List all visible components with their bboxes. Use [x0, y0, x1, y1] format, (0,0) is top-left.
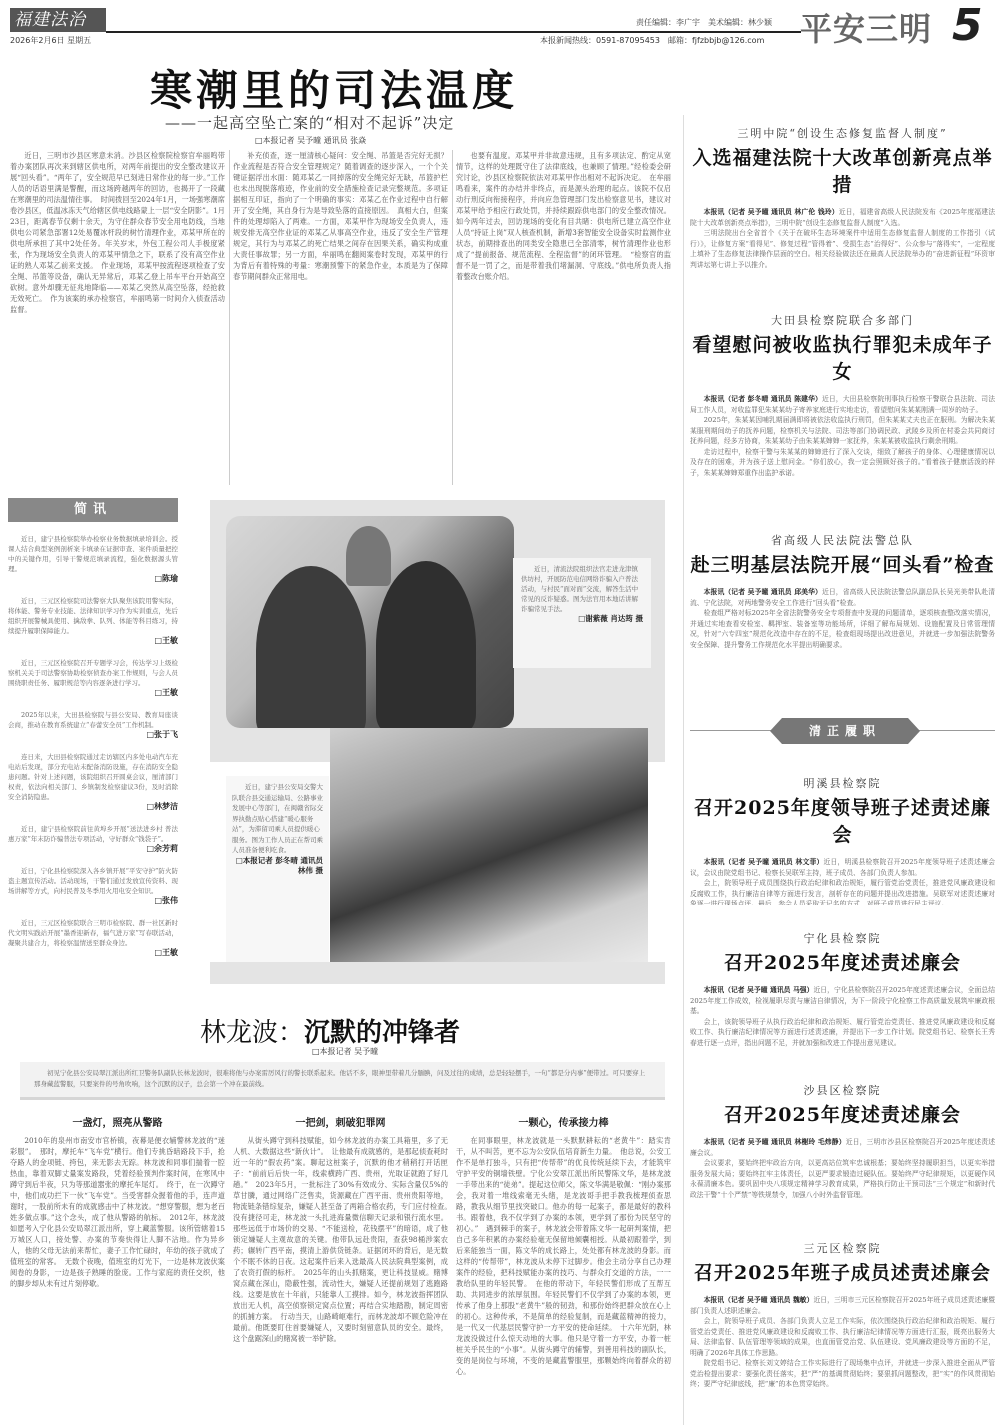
article-body: 本报讯（记者 吴予曈 通讯员 马强）近日，宁化县检察院召开2025年度述责述廉会…: [690, 985, 995, 1048]
lead-column-2: 补充侦查，逐一厘清核心疑问：安全绳、吊篮是否完好无损？作业流程是否符合安全管理规…: [233, 150, 448, 490]
article-kicker: 明溪县检察院: [690, 775, 995, 791]
photo1-credit: □谢紫薇 肖达筠 摄: [521, 614, 643, 624]
contact-info: 本报新闻热线：0591-87095453 邮箱：fjfzbbjb@126.com: [540, 35, 764, 46]
brief-item: 近日，建宁县检察院举办检察业务数据填录培训会。授课人结合典型案例剖析案卡填录在证…: [8, 534, 178, 584]
page-number: 5: [952, 0, 983, 51]
article-court-police: 省高级人民法院法警总队 赴三明基层法院开展“回头看”检查 本报讯（记者 吴予曈 …: [690, 532, 995, 702]
brief-item: 连日来，大田县检察院通过走访辖区内多处电动汽车充电站后发现，部分充电站未配备消防…: [8, 752, 178, 812]
feature-lede: 初见宁化县公安局翠江派出所红卫警务队副队长林龙波时，很难将他与办案雷厉风行的警长…: [20, 1062, 665, 1100]
article-title: 入选福建法院十大改革创新亮点举措: [690, 143, 995, 197]
column-divider: [452, 150, 453, 485]
column-divider: [229, 150, 230, 485]
article-kicker: 大田县检察院联合多部门: [690, 312, 995, 328]
masthead-rule: [106, 31, 801, 33]
article-title: 赴三明基层法院开展“回头看”检查: [690, 550, 995, 577]
issue-date: 2026年2月6日 星期五: [10, 35, 91, 46]
article-title: 召开2025年班子成员述责述廉会: [690, 1258, 995, 1285]
brief-item: 近日，宁化县检察院深入各乡镇开展“平安守护”防火防盗主题宣传活动。活动现场，干警…: [8, 866, 178, 906]
brief-item: 近日，三元区检察院司法警察大队聚焦该院用警实际，将体能、警务专业技能、法律知识学…: [8, 596, 178, 646]
briefs-header: 简讯: [8, 498, 178, 522]
lead-column-3: 也要有温度。邓某甲并非故意违规，且有多项法定、酌定从宽情节，这样的处理既守住了法…: [456, 150, 671, 490]
brief-author: □张伟: [8, 896, 178, 906]
article-body: 本报讯（记者 吴予曈 通讯员 林文菲）近日，明溪县检察院召开2025年度领导班子…: [690, 857, 995, 905]
feature-byline: □本报记者 吴予曈: [312, 1046, 378, 1057]
feature-subheading: 一颗心，传承接力棒: [456, 1118, 671, 1129]
brief-author: □王敏: [8, 636, 178, 646]
photo1-caption: 近日，清流法院组织法官走进龙津镇供坊村，开展防范电信网络诈骗入户普法活动，与村民…: [513, 558, 651, 668]
photo-panel-footer: [210, 962, 665, 984]
article-title: 召开2025年度领导班子述责述廉会: [690, 793, 995, 847]
lead-subheadline: ——一起高空坠亡案的“相对不起诉”决定: [165, 112, 454, 133]
article-body: 本报讯（记者 吴予曈 通讯员 林榭玲 毛炜静）近日，三明市沙县区检察院召开202…: [690, 1137, 995, 1200]
right-column-divider: [683, 115, 684, 1425]
feature-column-1: 一盏灯，照亮从警路 2010年的泉州市南安市官桥镇，夜幕是便衣辅警林龙波的“迷彩…: [10, 1112, 225, 1424]
photo-anti-fraud-outreach: [226, 516, 514, 728]
brief-item: 近日，三元区检察院联合三明市检察院、群一社区新时代文明实践站开展“墨香迎新春，福…: [8, 918, 178, 958]
article-child-visit: 大田县检察院联合多部门 看望慰问被收监执行罪犯未成年子女 本报讯（记者 彭冬晴 …: [690, 312, 995, 502]
section-title: 平安三明: [800, 4, 932, 50]
feature-headline: 林龙波：沉默的冲锋者: [200, 1012, 460, 1049]
lead-headline: 寒潮里的司法温度: [150, 58, 518, 118]
brief-author: □陈瑜: [8, 574, 178, 584]
editors-credit: 责任编辑：李广宇 美术编辑：林少颖: [636, 17, 772, 28]
photo2-credit: □本报记者 彭冬晴 通讯员 林伟 摄: [232, 856, 323, 877]
photo-figure: [376, 561, 476, 728]
news-briefs: 简讯 近日，建宁县检察院举办检察业务数据填录培训会。授课人结合典型案例剖析案卡填…: [8, 498, 178, 996]
brief-author: □林梦洁: [8, 802, 178, 812]
brief-author: □张于飞: [8, 730, 178, 740]
brief-author: □王敏: [8, 688, 178, 698]
feature-subheading: 一把剑，刺破犯罪网: [233, 1118, 448, 1129]
brief-item: 2025年以来，大田县检察院与县公安局、教育局座谈会商，推动在教育系统建立“春蕾…: [8, 710, 178, 740]
photo-service-station: [330, 728, 648, 962]
article-shaxian: 沙县区检察院 召开2025年度述责述廉会 本报讯（记者 吴予曈 通讯员 林榭玲 …: [690, 1082, 995, 1222]
article-mingxi: 明溪县检察院 召开2025年度领导班子述责述廉会 本报讯（记者 吴予曈 通讯员 …: [690, 775, 995, 905]
article-title: 看望慰问被收监执行罪犯未成年子女: [690, 330, 995, 384]
article-body: 本报讯（记者 吴予曈 通讯员 林广伦 钱玲）近日，福建省高级人民法院发布《202…: [690, 207, 995, 270]
lead-column-1: 近日，三明市沙县区寒意未消。沙县区检察院检察官牟丽鸣带着办案团队再次来到辖区供电…: [10, 150, 225, 490]
feature-subheading: 一盏灯，照亮从警路: [10, 1118, 225, 1129]
article-body: 本报讯（记者 彭冬晴 通讯员 陈建华）近日，大田县检察院刑事执行检察干警联合县法…: [690, 394, 995, 478]
newspaper-logo: 福建法治报: [10, 8, 106, 32]
article-body: 本报讯（记者 吴予曈 通讯员 魏敏）近日，三明市三元区检察院召开2025年班子成…: [690, 1295, 995, 1390]
brief-author: □余芳莉: [8, 844, 178, 854]
lead-byline: □本报记者 吴予曈 通讯员 张焱: [255, 135, 366, 146]
article-sanyuan: 三元区检察院 召开2025年班子成员述责述廉会 本报讯（记者 吴予曈 通讯员 魏…: [690, 1240, 995, 1425]
brief-item: 近日，三元区检察院召开专题学习会，传达学习上级检察机关关于司法警察协助检察侦查办…: [8, 658, 178, 698]
article-kicker: 三明中院“创设生态修复监督人制度”: [690, 125, 995, 141]
article-title: 召开2025年度述责述廉会: [690, 948, 995, 975]
article-kicker: 省高级人民法院法警总队: [690, 532, 995, 548]
article-kicker: 宁化县检察院: [690, 930, 995, 946]
article-title: 召开2025年度述责述廉会: [690, 1100, 995, 1127]
photo-figure: [256, 566, 366, 728]
brief-author: □王敏: [8, 948, 178, 958]
article-kicker: 三元区检察院: [690, 1240, 995, 1256]
brief-item: 近日，建宁县检察院前往黄埠乡开展“送法进乡村 普法惠万家”年末防诈骗普法专项活动…: [8, 824, 178, 854]
section-banner: 清正履职: [690, 715, 995, 747]
article-court-reform: 三明中院“创设生态修复监督人制度” 入选福建法院十大改革创新亮点举措 本报讯（记…: [690, 125, 995, 295]
feature-column-3: 一颗心，传承接力棒 在同事眼里，林龙波就是一头默默耕耘的“老黄牛”：踏实肯干，从…: [456, 1112, 671, 1424]
photo2-caption: 近日，建宁县公安局交警大队联合县交通运输局、公路事业发展中心等部门，在闽赣省际交…: [226, 776, 329, 962]
feature-column-2: 一把剑，刺破犯罪网 从街头蹲守到科技赋能，如今林龙波的办案工具箱里，多了无人机、…: [233, 1112, 448, 1424]
photo-figure: [346, 526, 391, 586]
banner-label: 清正履职: [770, 718, 920, 744]
article-body: 本报讯（记者 吴予曈 通讯员 邱美华）近日，省高级人民法院法警总队副总队长吴光美…: [690, 587, 995, 650]
article-ninghua: 宁化县检察院 召开2025年度述责述廉会 本报讯（记者 吴予曈 通讯员 马强）近…: [690, 930, 995, 1060]
article-kicker: 沙县区检察院: [690, 1082, 995, 1098]
